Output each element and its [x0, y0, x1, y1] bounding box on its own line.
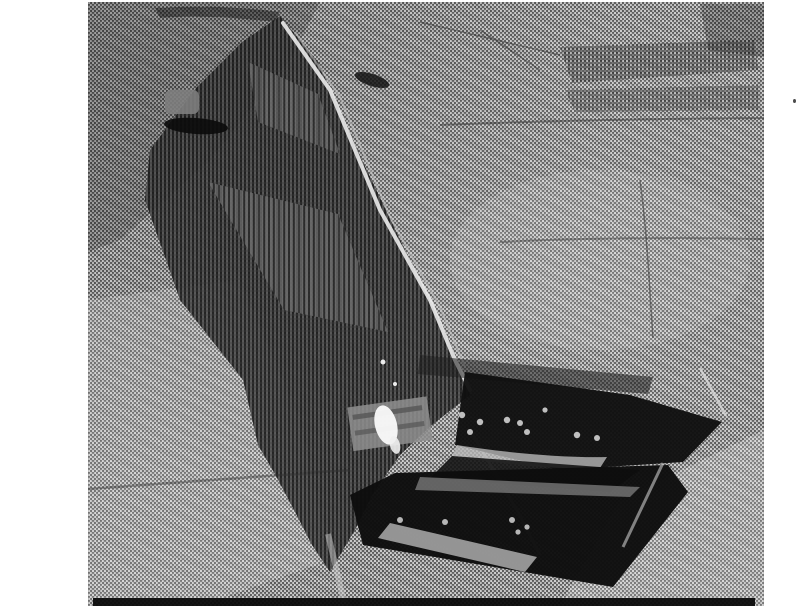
floor-crack — [640, 180, 653, 338]
page — [0, 0, 800, 609]
gap-streak — [328, 534, 344, 602]
dark-chip — [353, 69, 391, 92]
top-left-squiggle — [155, 7, 280, 22]
floor-seam-upper — [440, 118, 764, 125]
photo-bottom-border — [93, 598, 755, 606]
photo-detail-overlay — [88, 2, 764, 606]
floor-seam-lower — [500, 238, 764, 242]
speck-2 — [393, 382, 397, 386]
dark-slot — [164, 116, 229, 136]
floor-streak-left — [88, 470, 350, 489]
hinge-knob — [165, 90, 199, 114]
top-scratches — [420, 22, 560, 70]
halftone-photo — [88, 2, 764, 606]
stray-ink-dot — [793, 99, 796, 103]
speck-1 — [381, 360, 386, 365]
floor-scratch-right — [700, 368, 726, 416]
